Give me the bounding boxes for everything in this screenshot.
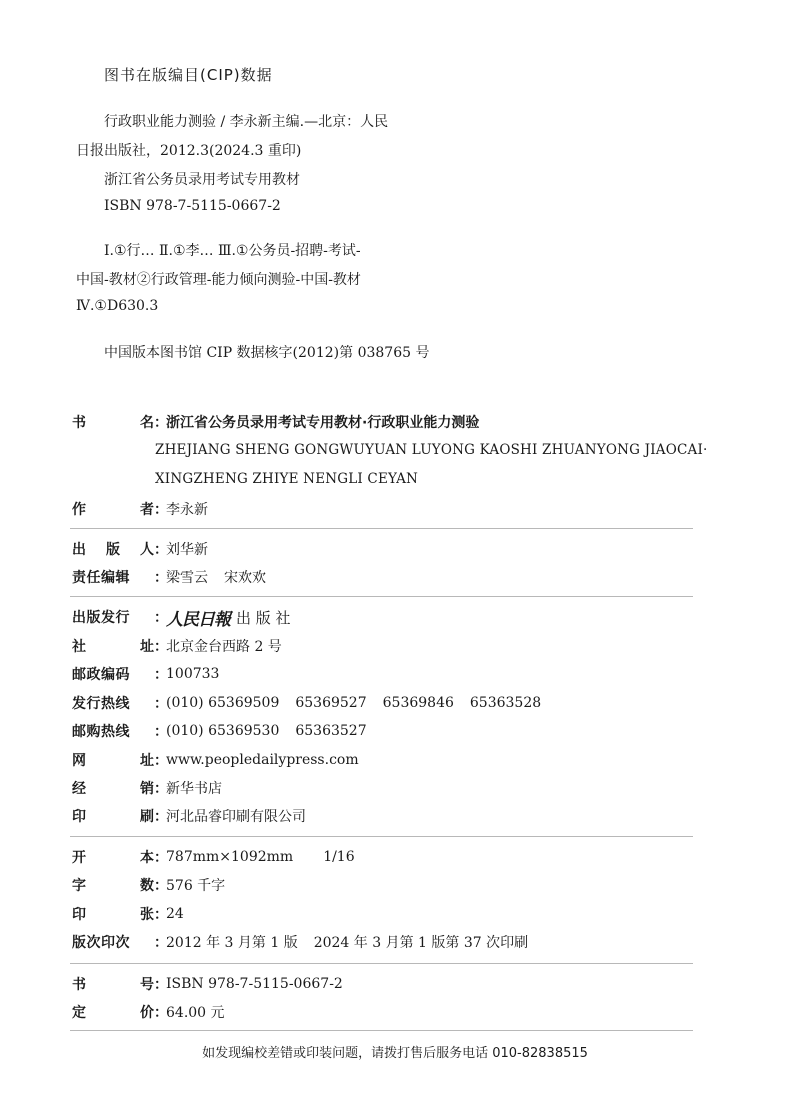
divider [70,963,693,964]
divider [70,528,693,529]
row-sales-hotline: 发行热线 ： (010) 65369509 65369527 65369846 … [72,692,541,714]
row-distributor: 出版发行 ： 人民日報 出 版 社 [72,606,291,628]
divider [70,836,693,837]
row-website: 网址 ： www.peopledailypress.com [72,749,359,771]
row-price: 定价 ： 64.00 元 [72,1001,225,1023]
row-format: 开本 ： 787mm×1092mm 1/16 [72,846,355,868]
cip-line: 中国-教材②行政管理-能力倾向测验-中国-教材 [76,269,361,289]
row-isbn: 书号 ： ISBN 978-7-5115-0667-2 [72,973,343,995]
cip-line: 中国版本图书馆 CIP 数据核字(2012)第 038765 号 [104,342,429,362]
row-address: 社址 ： 北京金台西路 2 号 [72,635,282,657]
book-name-value: 浙江省公务员录用考试专用教材·行政职业能力测验 [166,412,479,432]
after-sales-notice: 如发现编校差错或印装问题，请拨打售后服务电话 010-82838515 [0,1042,790,1061]
cip-line: 浙江省公务员录用考试专用教材 [104,169,300,189]
cip-line: 日报出版社，2012.3(2024.3 重印) [76,140,301,160]
divider [70,596,693,597]
row-edition: 版次印次 ： 2012 年 3 月第 1 版 2024 年 3 月第 1 版第 … [72,931,528,953]
row-publisher-person: 出版人 ： 刘华新 [72,538,208,560]
divider [70,1030,693,1031]
row-printer: 印刷 ： 河北品睿印刷有限公司 [72,805,306,827]
cip-line: Ⅰ.①行… Ⅱ.①李… Ⅲ.①公务员-招聘-考试- [104,240,361,260]
book-name-en-1: ZHEJIANG SHENG GONGWUYUAN LUYONG KAOSHI … [155,442,707,458]
row-seller: 经销 ： 新华书店 [72,777,222,799]
row-author: 作者 ： 李永新 [72,498,208,520]
row-words: 字数 ： 576 千字 [72,874,225,896]
book-name-en-2: XINGZHENG ZHIYE NENGLI CEYAN [155,471,418,487]
row-book-name: 书名 ： 浙江省公务员录用考试专用教材·行政职业能力测验 [72,411,479,433]
cip-title: 图书在版编目(CIP)数据 [104,64,273,85]
label: 书名 [72,412,154,432]
row-editors: 责任编辑 ： 梁雪云 宋欢欢 [72,566,266,588]
row-postcode: 邮政编码 ： 100733 [72,663,219,685]
author-value: 李永新 [166,499,208,519]
cip-line: 行政职业能力测验 / 李永新主编.—北京：人民 [104,111,388,131]
cip-line: ISBN 978-7-5115-0667-2 [104,198,281,214]
cip-line: Ⅳ.①D630.3 [76,298,158,314]
website-link[interactable]: www.peopledailypress.com [166,752,359,768]
people-daily-logo: 人民日報 [166,605,230,630]
row-mail-hotline: 邮购热线 ： (010) 65369530 65363527 [72,720,367,742]
row-sheets: 印张 ： 24 [72,903,184,925]
